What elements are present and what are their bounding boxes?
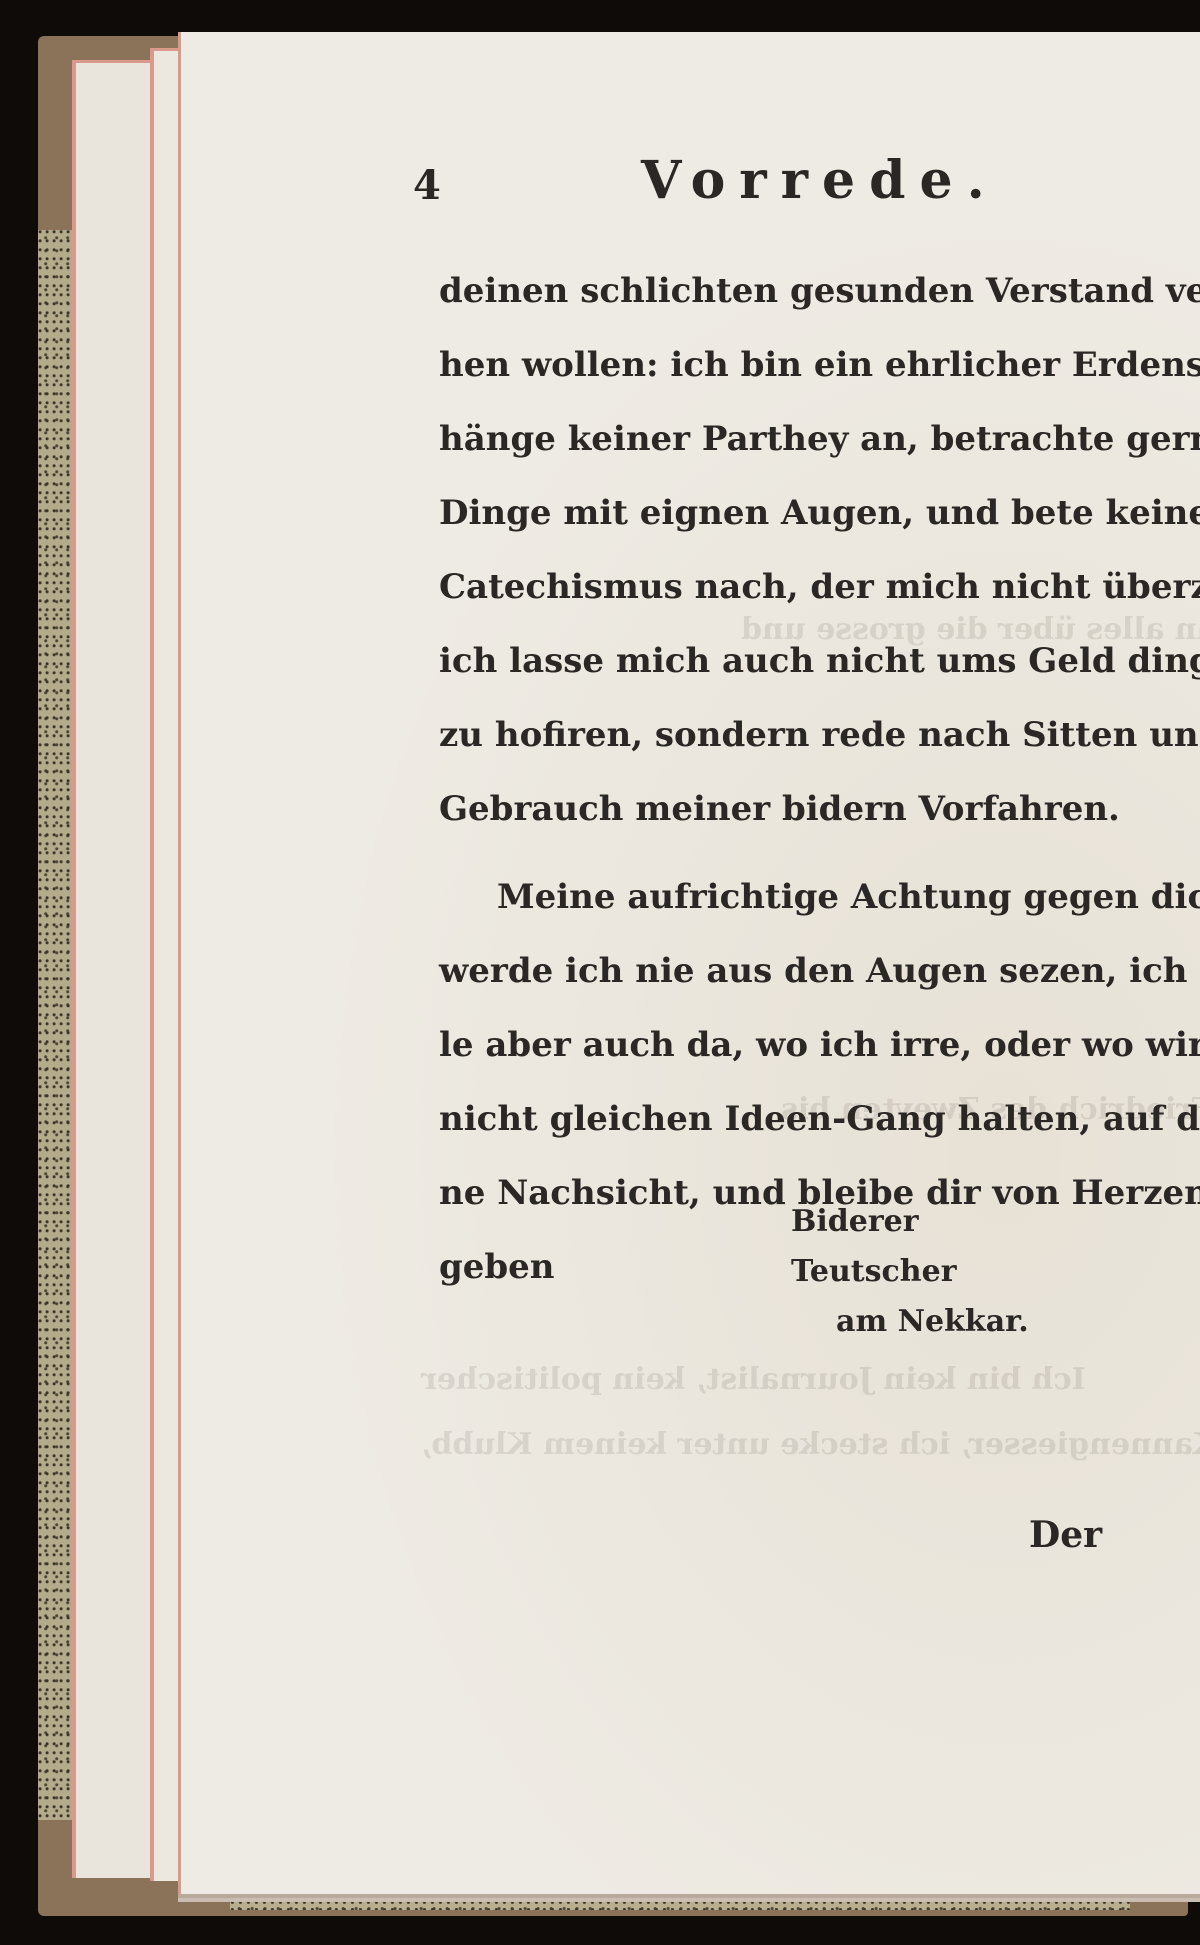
book-page: um denn alles über die grosse und Friedr… (178, 32, 1200, 1894)
text-line: Dinge mit eignen Augen, und bete keinen (439, 476, 1189, 550)
bleed-through-text: Kannengiesser, ich stecke unter keinem K… (421, 1427, 1200, 1462)
text-line: Catechismus nach, der mich nicht überzeu… (439, 550, 1189, 624)
signature-line: Biderer Teutscher (791, 1197, 1091, 1297)
marbled-cover-edge-left (38, 230, 74, 1820)
body-text: deinen schlichten gesunden Verstand verd… (439, 254, 1189, 1304)
text-line: hen wollen: ich bin ein ehrlicher Erdens… (439, 328, 1189, 402)
text-line: Gebrauch meiner bidern Vorfahren. (439, 772, 1189, 846)
paragraph-1: deinen schlichten gesunden Verstand verd… (439, 254, 1189, 846)
text-line: Meine aufrichtige Achtung gegen dich (439, 860, 1189, 934)
text-line: hänge keiner Parthey an, betrachte gern … (439, 402, 1189, 476)
text-line: nicht gleichen Ideen-Gang halten, auf de… (439, 1082, 1189, 1156)
text-line: deinen schlichten gesunden Verstand verd… (439, 254, 1189, 328)
text-line: werde ich nie aus den Augen sezen, ich z… (439, 934, 1189, 1008)
bleed-through-text: Ich bin kein Journalist, kein politische… (421, 1362, 1086, 1397)
text-line: le aber auch da, wo ich irre, oder wo wi… (439, 1008, 1189, 1082)
catchword: Der (1029, 1514, 1102, 1556)
signature: Biderer Teutscher am Nekkar. (791, 1197, 1091, 1347)
signature-line: am Nekkar. (791, 1297, 1091, 1347)
text-line: ich lasse mich auch nicht ums Geld dinge… (439, 624, 1189, 698)
page-number: 4 (413, 162, 441, 209)
text-line: zu hofiren, sondern rede nach Sitten und (439, 698, 1189, 772)
running-head: Vorrede. (641, 150, 1081, 211)
